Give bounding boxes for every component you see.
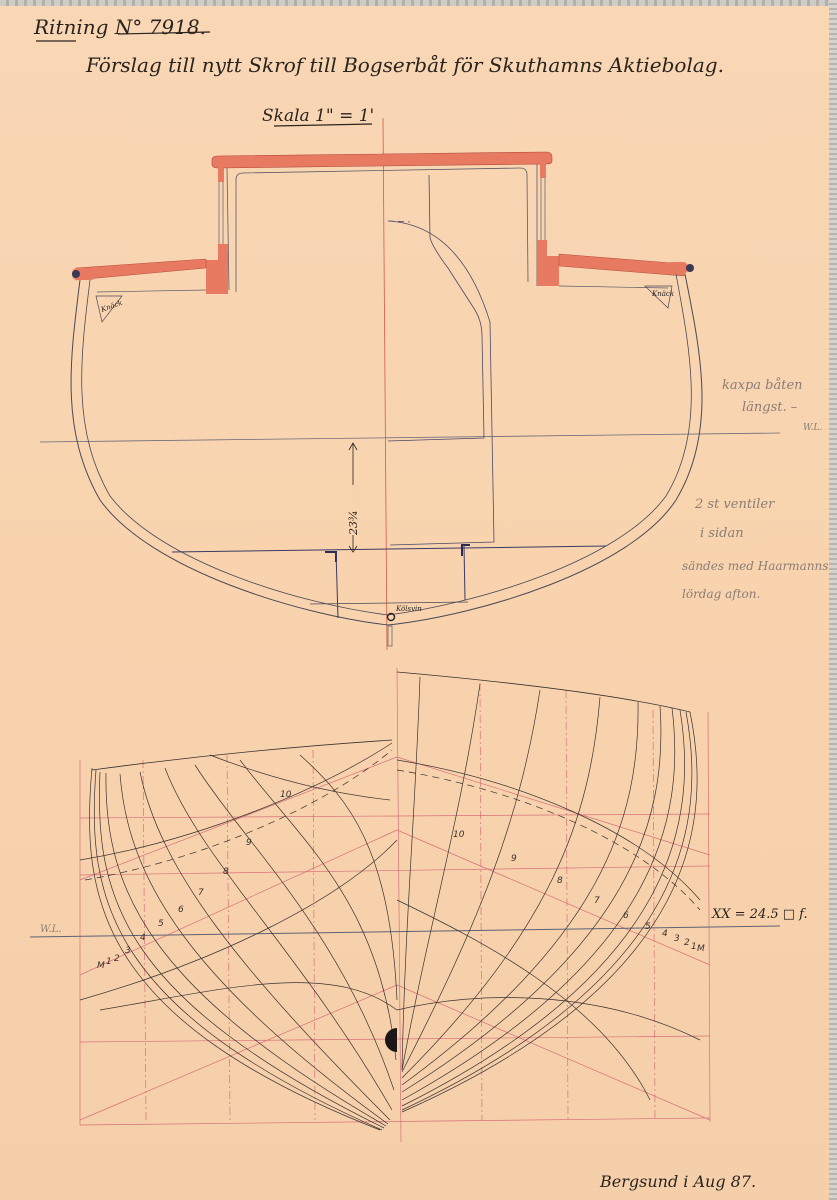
- svg-text:4: 4: [662, 929, 668, 939]
- body-plan: M 1 2 3 4 5 6 7 8 9 10 10 9 8 7 6 5 4 3 …: [30, 668, 808, 1142]
- svg-text:5: 5: [158, 919, 164, 929]
- svg-text:9: 9: [246, 838, 252, 848]
- waterline-area-label: XX = 24.5 □ f.: [711, 907, 808, 922]
- svg-text:10: 10: [453, 830, 465, 840]
- svg-text:6: 6: [178, 905, 184, 915]
- waterline-label: W.L.: [803, 423, 823, 433]
- shaft-center-mark: [385, 1028, 397, 1052]
- svg-text:8: 8: [557, 876, 563, 886]
- tank-top: [172, 546, 606, 552]
- svg-text:2: 2: [684, 938, 690, 948]
- svg-text:i sidan: i sidan: [700, 526, 744, 541]
- drawing-number: Ritning N° 7918.: [33, 15, 206, 39]
- svg-text:2: 2: [114, 954, 120, 964]
- svg-text:M: M: [97, 961, 105, 971]
- svg-text:8: 8: [223, 867, 229, 877]
- drawing-title: Förslag till nytt Skrof till Bogserbåt f…: [85, 53, 724, 77]
- svg-text:längst. –: längst. –: [742, 400, 798, 415]
- svg-text:2 st ventiler: 2 st ventiler: [694, 497, 775, 512]
- left-waterline-mark: W.L.: [40, 924, 62, 935]
- svg-text:4: 4: [140, 933, 146, 943]
- aft-frame-lines: [89, 755, 397, 1130]
- keel: [388, 626, 392, 646]
- station-labels-fore: 10 9 8 7 6 5 4 3 2 1 M: [453, 830, 705, 954]
- title-block: Ritning N° 7918. Förslag till nytt Skrof…: [33, 15, 724, 126]
- construction-grid: [80, 668, 710, 1142]
- depth-dimension-label: 23¾: [347, 510, 360, 536]
- svg-text:1: 1: [691, 942, 697, 952]
- svg-text:7: 7: [594, 896, 600, 906]
- deckhouse-roof: [212, 152, 552, 168]
- margin-notes: kaxpa båten längst. – 2 st ventiler i si…: [682, 377, 828, 601]
- svg-text:5: 5: [645, 922, 651, 932]
- deck-beam-right: [559, 254, 684, 276]
- svg-text:sändes med Haarmanns: sändes med Haarmanns: [682, 559, 828, 573]
- centerline: [383, 118, 387, 650]
- drawing-scale: Skala 1" = 1': [262, 106, 374, 126]
- svg-text:Kölsvin: Kölsvin: [395, 605, 422, 613]
- svg-text:7: 7: [198, 888, 204, 898]
- ship-drawing: Ritning N° 7918. Förslag till nytt Skrof…: [0, 0, 837, 1200]
- svg-text:3: 3: [674, 934, 680, 944]
- svg-text:Knäck: Knäck: [99, 299, 123, 314]
- svg-text:Knäck: Knäck: [651, 290, 674, 298]
- svg-text:3: 3: [125, 946, 131, 956]
- svg-text:10: 10: [280, 790, 292, 800]
- svg-text:1: 1: [106, 957, 112, 967]
- svg-text:kaxpa båten: kaxpa båten: [722, 377, 803, 393]
- svg-text:6: 6: [623, 911, 629, 921]
- svg-text:M: M: [697, 944, 705, 954]
- svg-text:9: 9: [511, 854, 517, 864]
- svg-text:lördag afton.: lördag afton.: [682, 587, 760, 601]
- signature: Bergsund i Aug 87.: [599, 1172, 756, 1191]
